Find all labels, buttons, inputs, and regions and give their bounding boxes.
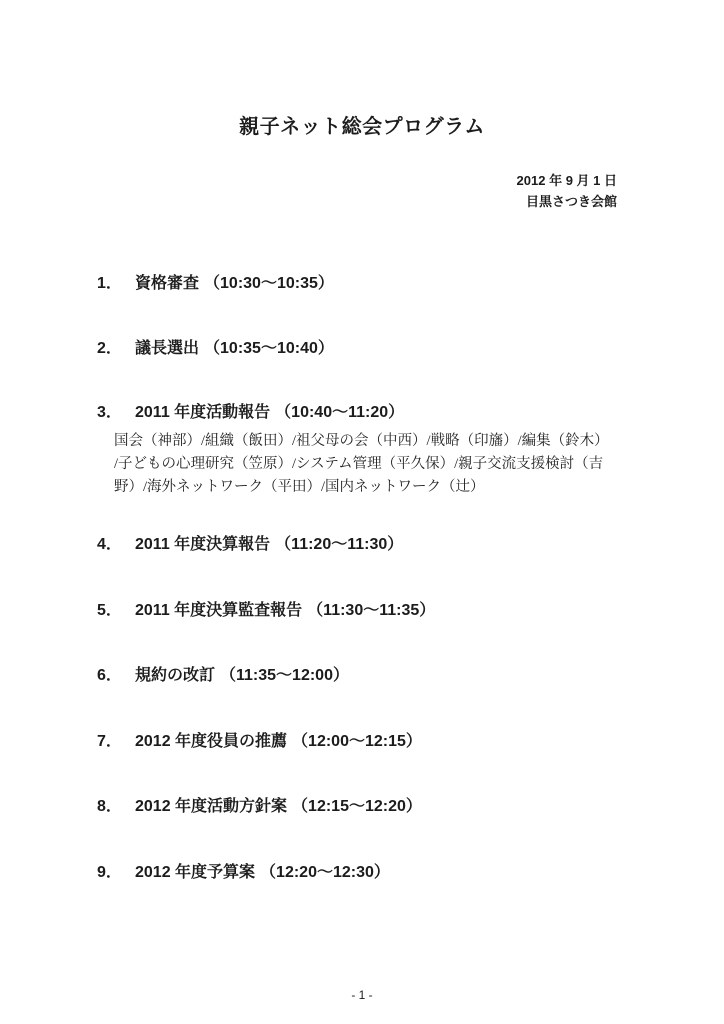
agenda-item-time: （12:00～12:15） [292,733,422,750]
page-title: 親子ネット総会プログラム [0,110,724,139]
agenda-item-number: 2． [97,335,135,358]
agenda-item-time: （10:40～11:20） [275,404,404,421]
agenda-item: 3．2011 年度活動報告（10:40～11:20） [97,399,404,422]
document-date: 2012 年 9 月 1 日 [517,170,617,191]
agenda-item-time: （12:15～12:20） [292,798,422,815]
agenda-item-time: （10:35～10:40） [204,340,334,357]
agenda-item: 1．資格審査（10:30～10:35） [97,270,334,293]
agenda-item-time: （10:30～10:35） [204,275,334,292]
agenda-item-number: 7． [97,728,135,751]
agenda-item-number: 5． [97,597,135,620]
agenda-item-label: 2012 年度役員の推薦 [135,733,287,750]
agenda-item-number: 4． [97,531,135,554]
agenda-item: 8．2012 年度活動方針案（12:15～12:20） [97,793,422,816]
agenda-detail-line: 野）/海外ネットワーク（平田）/国内ネットワーク（辻） [114,476,609,499]
agenda-detail-line: 国会（神部）/組織（飯田）/祖父母の会（中西）/戦略（印旛）/編集（鈴木） [114,430,609,453]
agenda-item-number: 1． [97,270,135,293]
agenda-detail-line: /子どもの心理研究（笠原）/システム管理（平久保）/親子交流支援検討（吉 [114,453,609,476]
agenda-item-time: （12:20～12:30） [260,864,390,881]
agenda-item-label: 2011 年度活動報告 [135,404,270,421]
agenda-item-label: 資格審査 [135,275,199,292]
agenda-item-label: 議長選出 [135,340,199,357]
agenda-item-number: 8． [97,793,135,816]
agenda-item-label: 2011 年度決算監査報告 [135,602,302,619]
agenda-item: 9．2012 年度予算案（12:20～12:30） [97,859,390,882]
agenda-item-number: 6． [97,662,135,685]
agenda-item-number: 9． [97,859,135,882]
document-meta: 2012 年 9 月 1 日 目黒さつき会館 [517,170,617,212]
agenda-item-time: （11:20～11:30） [275,536,403,553]
page-number: - 1 - [0,988,724,1002]
agenda-item: 7．2012 年度役員の推薦（12:00～12:15） [97,728,422,751]
agenda-item: 5．2011 年度決算監査報告（11:30～11:35） [97,597,435,620]
agenda-item-label: 2012 年度予算案 [135,864,255,881]
agenda-item-time: （11:30～11:35） [307,602,435,619]
document-venue: 目黒さつき会館 [517,191,617,212]
agenda-item-label: 2012 年度活動方針案 [135,798,287,815]
agenda-item-label: 規約の改訂 [135,667,215,684]
agenda-item-label: 2011 年度決算報告 [135,536,270,553]
document-page: 親子ネット総会プログラム 2012 年 9 月 1 日 目黒さつき会館 1．資格… [0,0,724,1024]
agenda-item-number: 3． [97,399,135,422]
agenda-item: 4．2011 年度決算報告（11:20～11:30） [97,531,403,554]
agenda-item: 2．議長選出（10:35～10:40） [97,335,334,358]
agenda-item-detail: 国会（神部）/組織（飯田）/祖父母の会（中西）/戦略（印旛）/編集（鈴木） /子… [114,430,609,499]
agenda-item: 6．規約の改訂（11:35～12:00） [97,662,349,685]
agenda-item-time: （11:35～12:00） [220,667,349,684]
